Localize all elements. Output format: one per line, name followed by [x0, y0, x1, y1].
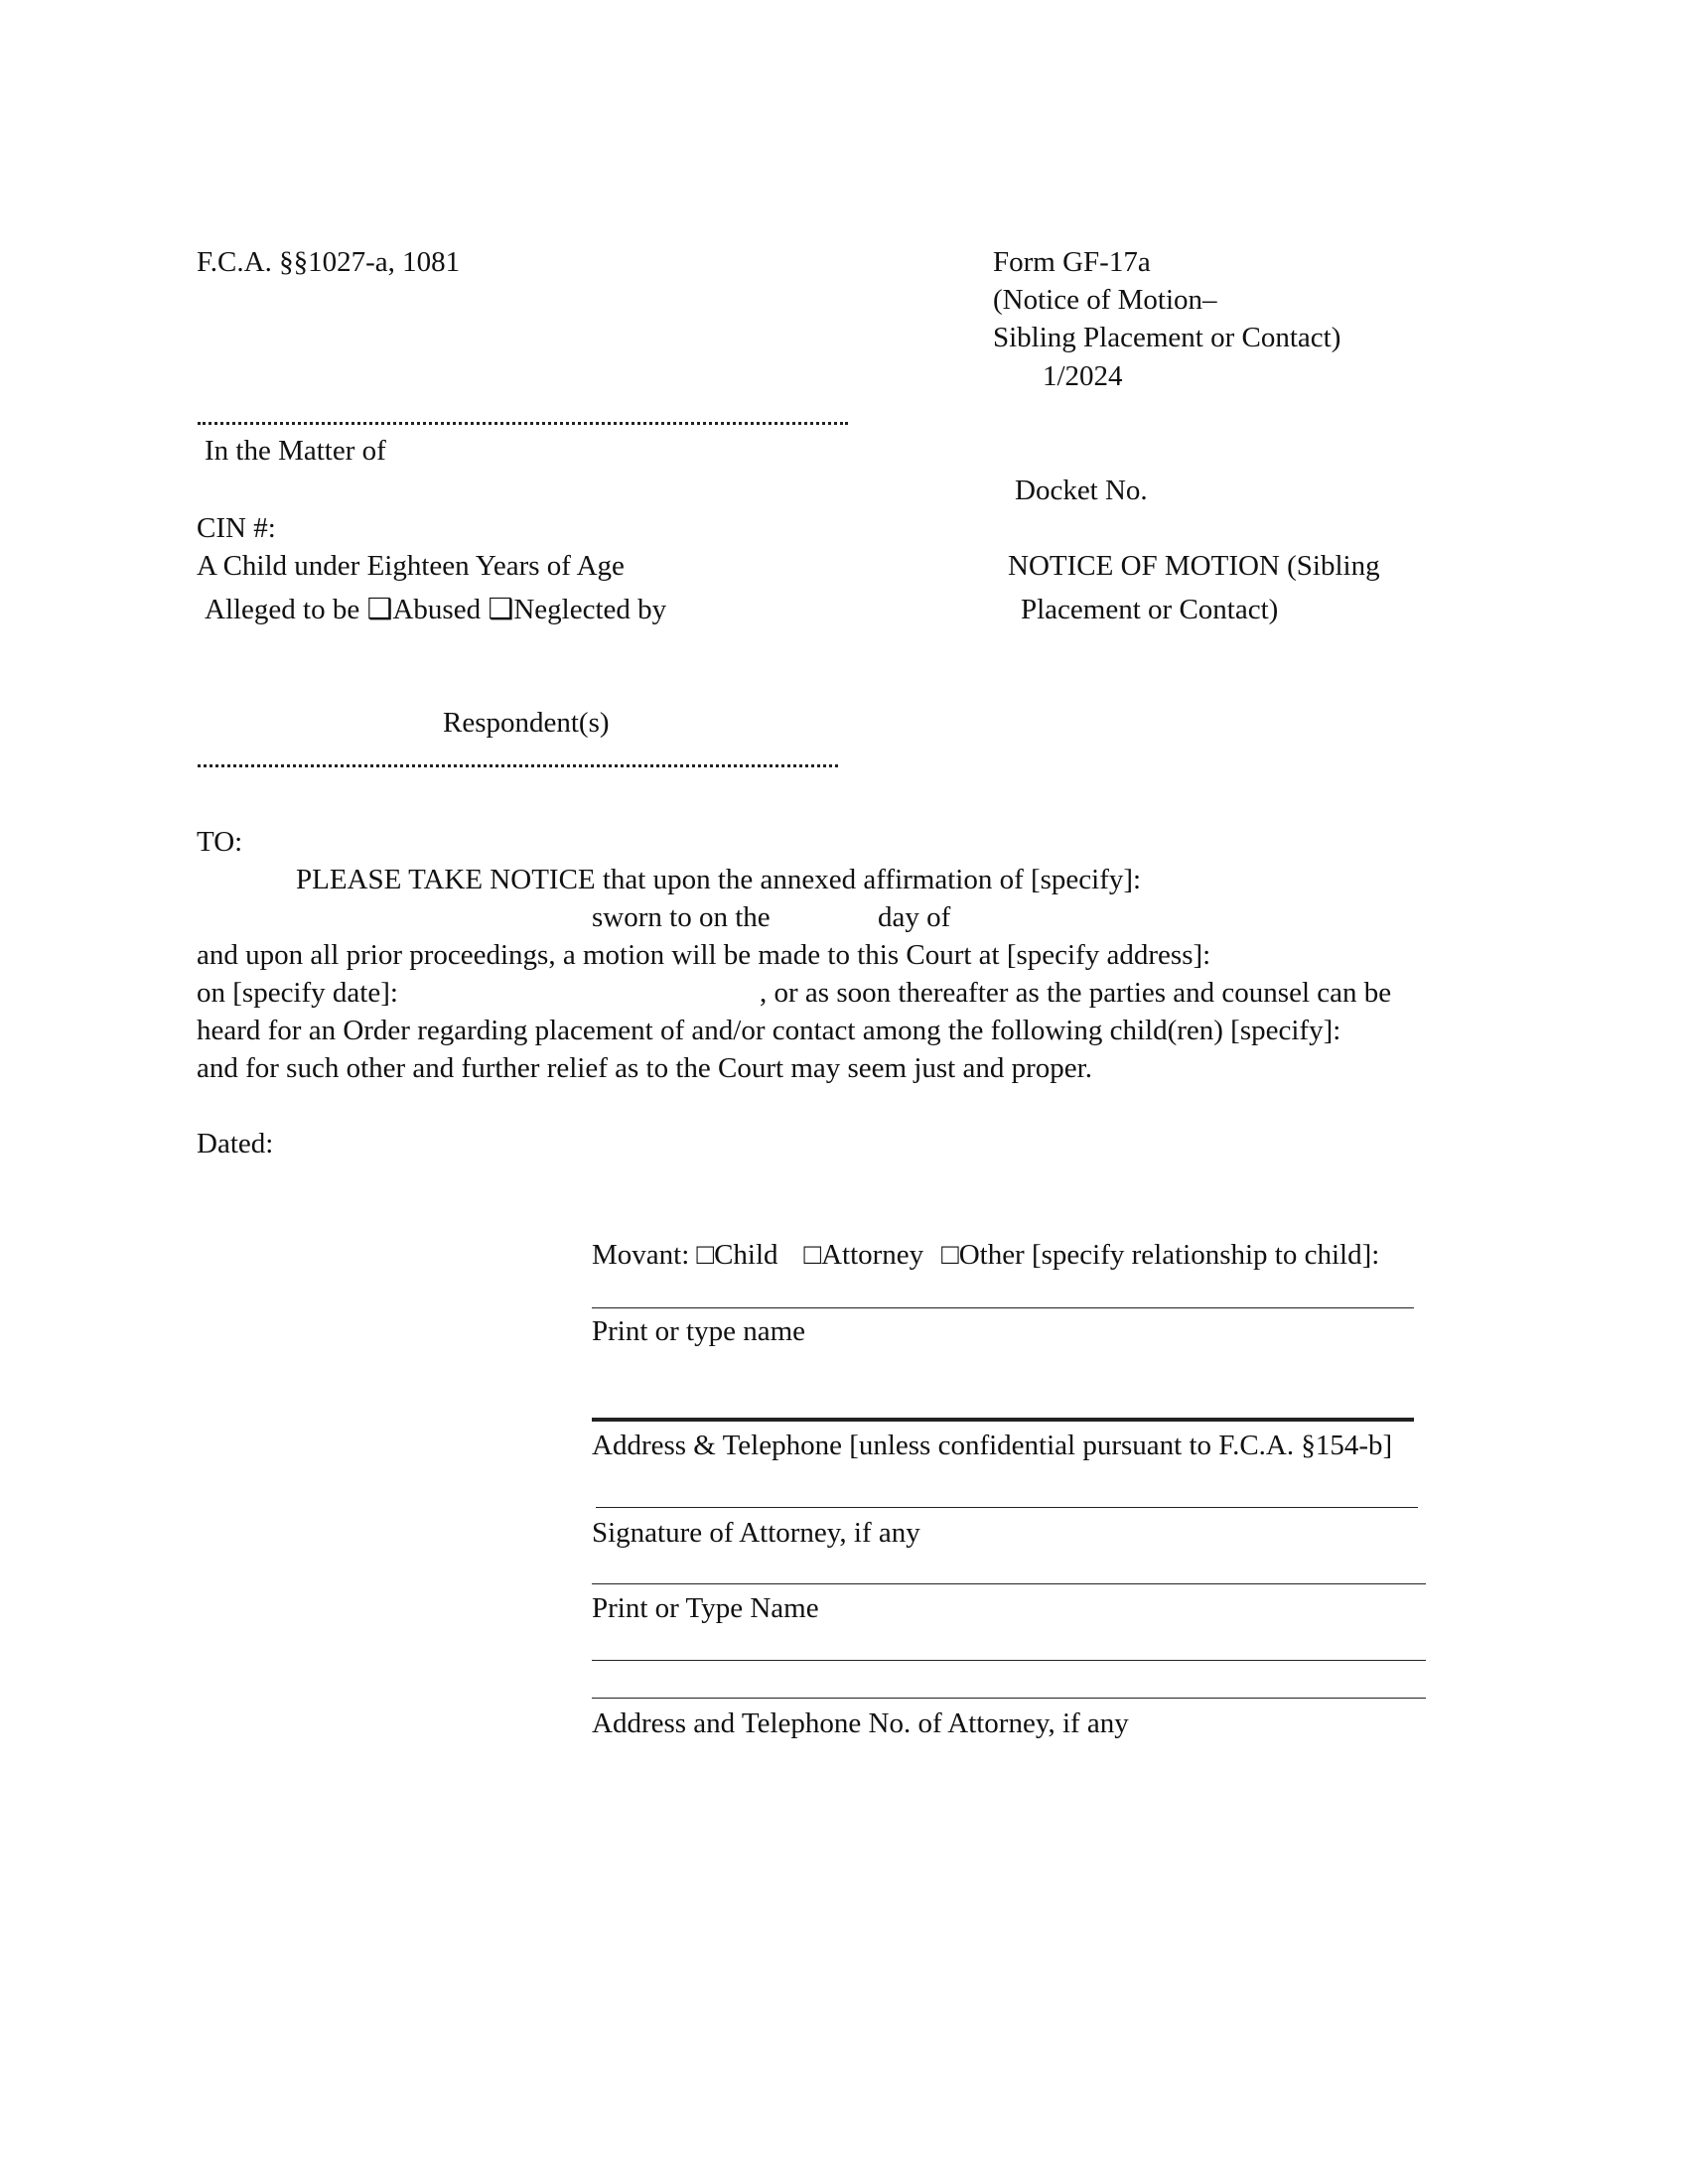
form-date: 1/2024: [1043, 362, 1123, 391]
movant-attorney-checkbox[interactable]: □: [804, 1241, 822, 1270]
relief-line: and for such other and further relief as…: [197, 1054, 1092, 1083]
movant-child-checkbox[interactable]: □: [697, 1241, 715, 1270]
document-title-line1: NOTICE OF MOTION (Sibling: [1008, 552, 1380, 581]
date-suffix: , or as soon thereafter as the parties a…: [760, 979, 1391, 1008]
attorney-name-label: Print or Type Name: [592, 1594, 819, 1623]
statute-reference: F.C.A. §§1027-a, 1081: [197, 248, 460, 277]
attorney-signature-label: Signature of Attorney, if any: [592, 1519, 920, 1548]
movant-label: Movant:: [592, 1239, 697, 1271]
dated-label: Dated:: [197, 1130, 273, 1159]
print-name-label: Print or type name: [592, 1317, 805, 1346]
form-title-line2: Sibling Placement or Contact): [993, 324, 1340, 352]
abused-checkbox[interactable]: ❑: [366, 596, 392, 624]
prior-proceedings-line: and upon all prior proceedings, a motion…: [197, 941, 1210, 970]
neglected-label: Neglected by: [513, 594, 666, 625]
attorney-signature-line[interactable]: [596, 1507, 1418, 1508]
to-label: TO:: [197, 828, 242, 857]
movant-attorney-label: Attorney: [821, 1239, 923, 1271]
order-line: heard for an Order regarding placement o…: [197, 1017, 1340, 1045]
neglected-checkbox[interactable]: ❑: [488, 596, 513, 624]
attorney-address-line-2[interactable]: [592, 1698, 1426, 1699]
in-the-matter-of: In the Matter of: [205, 437, 386, 466]
sworn-day-of: day of: [878, 903, 950, 932]
address-signature-line[interactable]: [592, 1418, 1414, 1422]
attorney-name-line[interactable]: [592, 1583, 1426, 1584]
movant-other-checkbox[interactable]: □: [941, 1241, 959, 1270]
attorney-address-label: Address and Telephone No. of Attorney, i…: [592, 1709, 1129, 1738]
alleged-prefix: Alleged to be: [205, 594, 366, 625]
alleged-line: Alleged to be ❑Abused ❑Neglected by: [205, 596, 666, 624]
docket-label: Docket No.: [1015, 477, 1148, 505]
cin-label: CIN #:: [197, 514, 276, 543]
caption-bottom-divider: [198, 764, 838, 767]
movant-child-label: Child: [714, 1239, 777, 1271]
form-number: Form GF-17a: [993, 248, 1151, 277]
abused-label: Abused: [392, 594, 488, 625]
form-title-line1: (Notice of Motion–: [993, 286, 1217, 315]
print-name-signature-line[interactable]: [592, 1307, 1414, 1308]
movant-line: Movant: □Child□Attorney□Other [specify r…: [592, 1241, 1379, 1270]
sworn-prefix: sworn to on the: [592, 903, 771, 932]
movant-other-label: Other [specify relationship to child]:: [959, 1239, 1380, 1271]
attorney-address-line-1[interactable]: [592, 1660, 1426, 1661]
child-description: A Child under Eighteen Years of Age: [197, 552, 625, 581]
address-label: Address & Telephone [unless confidential…: [592, 1432, 1392, 1460]
document-title-line2: Placement or Contact): [1021, 596, 1278, 624]
date-prefix: on [specify date]:: [197, 979, 398, 1008]
notice-line: PLEASE TAKE NOTICE that upon the annexed…: [296, 866, 1141, 894]
respondents-label: Respondent(s): [443, 709, 610, 738]
caption-top-divider: [198, 422, 848, 425]
